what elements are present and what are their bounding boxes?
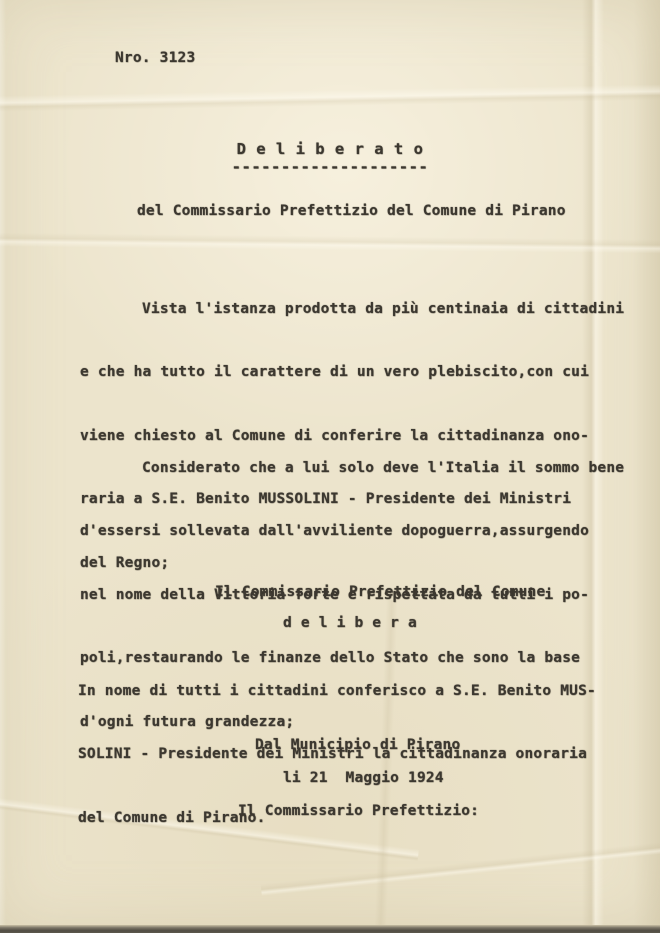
- paragraph-line: Vista l'istanza prodotta da più centinai…: [80, 294, 624, 325]
- center-verb-delibera: d e l i b e r a: [283, 615, 417, 631]
- closing-signature-title: Il Commissario Prefettizio:: [238, 803, 479, 819]
- center-heading: Il Commissario Prefettizio del Comune: [215, 584, 545, 600]
- paper-crease-horizontal-top: [0, 84, 660, 112]
- paper-sheet: Nro. 3123 D e l i b e r a t o ----------…: [0, 0, 660, 927]
- closing-place: Dal Municipio di Pirano: [255, 737, 460, 753]
- paragraph-line: e che ha tutto il carattere di un vero p…: [80, 357, 624, 388]
- paragraph-conferimento: In nome di tutti i cittadini conferisco …: [78, 644, 596, 866]
- paragraph-line: In nome di tutti i cittadini conferisco …: [78, 676, 596, 707]
- document-number: Nro. 3123: [115, 50, 195, 66]
- document-subtitle: del Commissario Prefettizio del Comune d…: [137, 203, 566, 219]
- scanned-document-page: Nro. 3123 D e l i b e r a t o ----------…: [0, 0, 660, 933]
- paragraph-line: Considerato che a lui solo deve l'Italia…: [80, 453, 624, 484]
- paragraph-line: d'essersi sollevata dall'avviliente dopo…: [80, 516, 624, 547]
- paper-bottom-edge: [0, 925, 660, 933]
- closing-date: li 21 Maggio 1924: [283, 770, 444, 786]
- paper-crease-horizontal-mid: [0, 233, 660, 254]
- title-underline: --------------------: [0, 158, 660, 176]
- document-title: D e l i b e r a t o: [0, 140, 660, 158]
